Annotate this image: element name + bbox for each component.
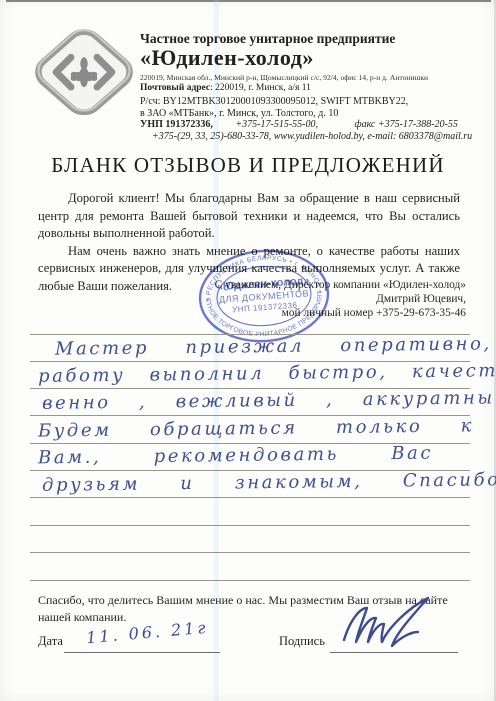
ruled-line xyxy=(30,552,470,553)
unp-phone-row: УНП 191372336, +375-17-515-55-00, факс +… xyxy=(140,119,458,130)
postal-value: : 220019, г. Минск, а/я 11 xyxy=(210,83,311,93)
company-address: 220019, Минская обл., Минский р-н, Щомыс… xyxy=(140,73,428,82)
scanned-feedback-form: Частное торговое унитарное предприятие «… xyxy=(0,0,496,701)
handwritten-review-line: Будем обращаться только к xyxy=(38,415,474,444)
date-fill-line xyxy=(64,652,220,653)
intro-paragraph-1: Дорогой клиент! Мы благодарны Вам за обр… xyxy=(38,190,460,243)
phone-main: +375-17-515-55-00, xyxy=(235,119,318,130)
handwritten-review-line: Вам., рекомендовать Вас xyxy=(38,443,433,472)
fax-number: факс +375-17-388-20-55 xyxy=(354,119,457,130)
handwritten-review-line: Мастер приезжал оперативно, xyxy=(55,333,492,362)
bank-account-line: Р/сч: BY12MTBK30120001093300095012, SWIF… xyxy=(140,96,408,107)
company-logo xyxy=(28,22,140,126)
date-label: Дата xyxy=(38,634,63,649)
page-title: БЛАНК ОТЗЫВОВ И ПРЕДЛОЖЕНИЙ xyxy=(0,153,496,178)
signature-fill-line xyxy=(330,652,458,653)
company-name: «Юдилен-холод» xyxy=(140,45,314,71)
contacts-line: +375-(29, 33, 25)-680-33-78, www.yudilen… xyxy=(152,131,472,142)
handwritten-review-line: друзьям и знакомым, Спасибо! xyxy=(42,469,496,499)
signature-label: Подпись xyxy=(279,634,325,649)
unp-number: УНП 191372336, xyxy=(140,119,213,130)
signature-scribble xyxy=(336,596,458,652)
handwritten-review-line: венно , вежливый , аккуратный. xyxy=(42,387,496,417)
scan-edge-artifact xyxy=(6,0,491,2)
ruled-line xyxy=(30,580,470,581)
handwritten-review-line: работу выполнил быстро, качест- xyxy=(38,360,496,390)
postal-label: Почтовый адрес xyxy=(140,83,210,93)
ruled-line xyxy=(30,525,470,526)
postal-address: Почтовый адрес: 220019, г. Минск, а/я 11 xyxy=(140,83,311,93)
bank-name-line: в ЗАО «МТБанк», г. Минск, ул. Толстого, … xyxy=(140,108,338,119)
